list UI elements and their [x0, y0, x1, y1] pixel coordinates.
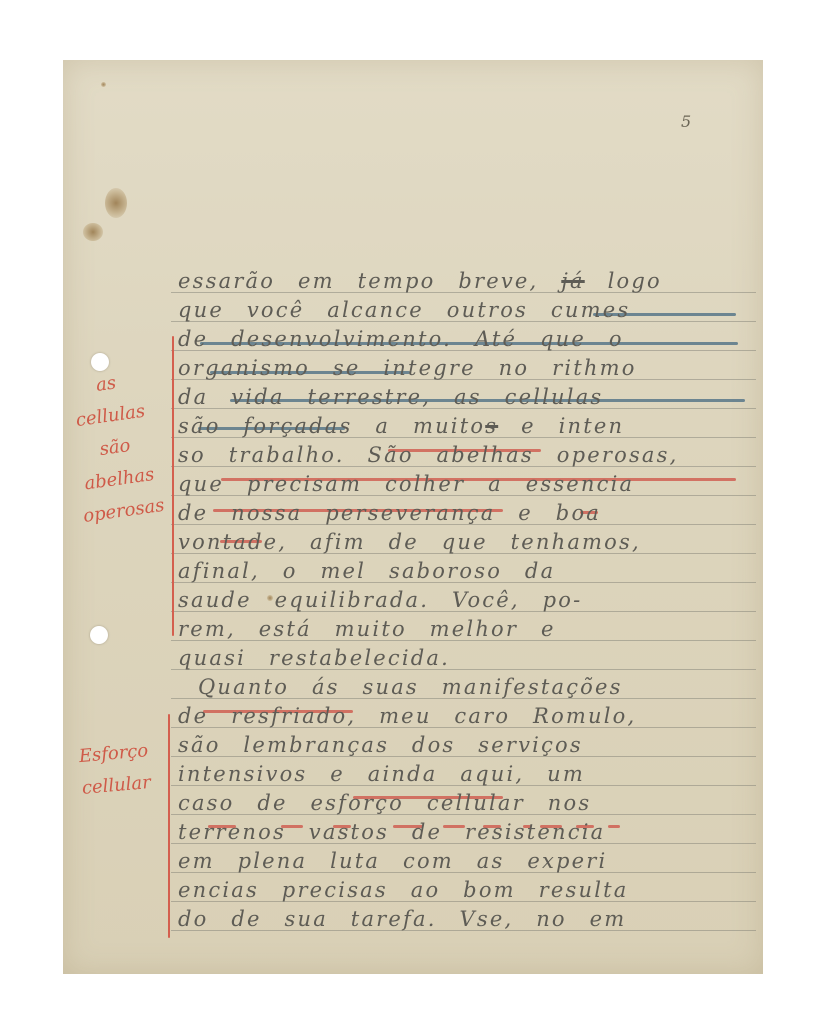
text-line: afinal, o mel saboroso da — [178, 558, 758, 584]
margin-note-esforco: Esforço cellular — [62, 734, 167, 806]
punch-hole — [90, 626, 108, 644]
text-line: organismo se integre no rithmo — [178, 355, 758, 381]
text-line: vontade, afim de que tenhamos, — [178, 529, 758, 555]
text-line: intensivos e ainda aqui, um — [178, 761, 758, 787]
text-line: caso de esforço cellular nos — [178, 790, 758, 816]
manuscript-page: 5 as — [63, 60, 763, 974]
struck-text: s — [485, 414, 498, 438]
text-line: da vida terrestre, as cellulas — [178, 384, 758, 410]
text-line: são lembranças dos serviços — [178, 732, 758, 758]
text-line: so trabalho. São abelhas operosas, — [178, 442, 758, 468]
page-number: 5 — [681, 112, 691, 131]
text-line: rem, está muito melhor e — [178, 616, 758, 642]
text-line: Quanto ás suas manifestações — [198, 674, 778, 700]
text-line: são forçadas a muitos e inten — [178, 413, 758, 439]
text-line: de resfriado, meu caro Romulo, — [178, 703, 758, 729]
paper-stain — [83, 223, 103, 241]
text-line: que você alcance outros cumes — [178, 297, 758, 323]
struck-text: já — [561, 269, 584, 293]
paper-stain — [105, 188, 127, 218]
text-line: de nossa perseverança e boa — [178, 500, 758, 526]
text-line: que precisam colher a essencia — [178, 471, 758, 497]
text-line: em plena luta com as experi — [178, 848, 758, 874]
text-line: terrenos vastos de resistencia — [178, 819, 758, 845]
margin-note-cellulas: as cellulas são abelhas operosas — [52, 362, 177, 535]
text-line: do de sua tarefa. Vse, no em — [178, 906, 758, 932]
text-line: essarão em tempo breve, já logo — [178, 268, 758, 294]
text-line: saude equilibrada. Você, po- — [178, 587, 758, 613]
text-line: encias precisas ao bom resulta — [178, 877, 758, 903]
text-line: de desenvolvimento. Até que o — [178, 326, 758, 352]
paper-stain — [101, 82, 106, 87]
text-line: quasi restabelecida. — [178, 645, 758, 671]
margin-bracket-rule — [168, 714, 170, 938]
